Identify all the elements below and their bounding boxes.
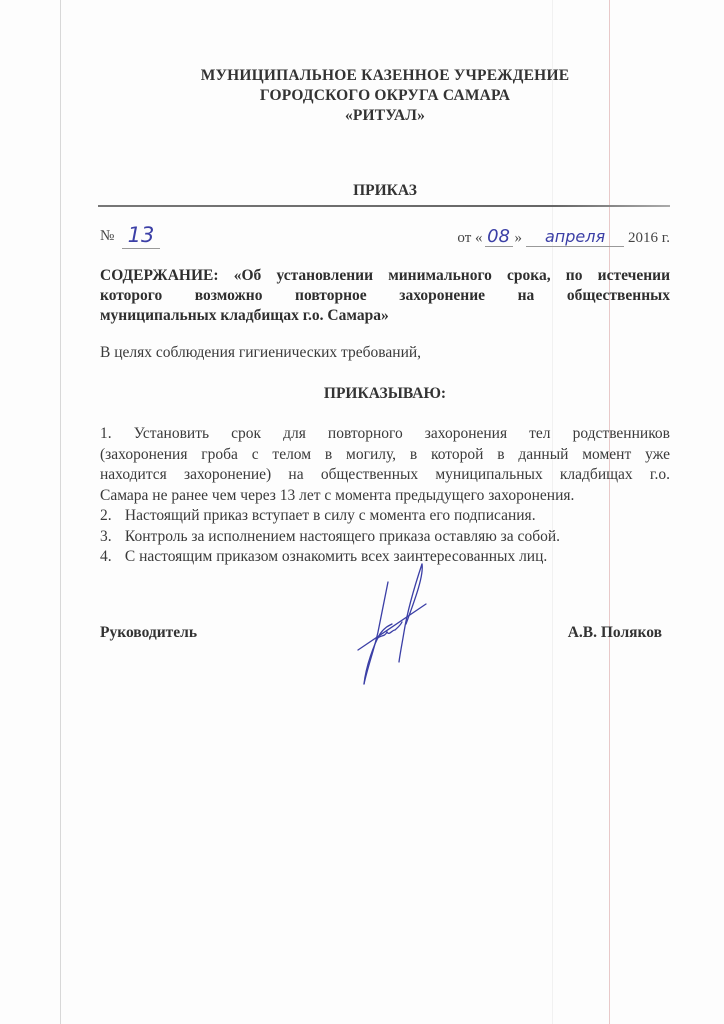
- date-mid: »: [515, 230, 523, 247]
- organization-header: МУНИЦИПАЛЬНОЕ КАЗЕННОЕ УЧРЕЖДЕНИЕ ГОРОДС…: [100, 66, 670, 126]
- date-year: 2016 г.: [628, 230, 670, 247]
- item-number: 2.: [100, 506, 121, 527]
- item-number: 1.: [100, 425, 112, 442]
- preamble-text: В целях соблюдения гигиенических требова…: [100, 344, 670, 362]
- subject-line-3: муниципальных кладбищах г.о. Самара»: [100, 306, 670, 326]
- order-item-1: 1. Установить срок для повторного захоро…: [100, 424, 670, 506]
- decree-heading: ПРИКАЗЫВАЮ:: [100, 385, 670, 403]
- item-text: Контроль за исполнением настоящего прика…: [125, 528, 560, 545]
- header-divider: [98, 205, 670, 207]
- item-1-line-3: находится захоронение) на общественных м…: [100, 465, 670, 486]
- header-line-1: МУНИЦИПАЛЬНОЕ КАЗЕННОЕ УЧРЕЖДЕНИЕ: [100, 66, 670, 86]
- item-1-line-4: Самара не ранее чем через 13 лет с момен…: [100, 486, 670, 507]
- date-day: 08: [485, 228, 513, 247]
- scan-margin-line-left: [60, 0, 61, 1024]
- date-prefix: от «: [457, 230, 482, 247]
- signatory-name: А.В. Поляков: [568, 624, 662, 642]
- document-type-title: ПРИКАЗ: [100, 182, 670, 200]
- subject-label: СОДЕРЖАНИЕ:: [100, 267, 219, 284]
- number-date-row: № 13 от «08»апреля2016 г.: [100, 224, 670, 252]
- number-label: №: [100, 228, 114, 245]
- item-text: Настоящий приказ вступает в силу с момен…: [125, 507, 536, 524]
- subject-line-1: «Об установлении минимального срока, по …: [234, 267, 670, 284]
- order-number: 13: [122, 222, 160, 249]
- order-item-2: 2. Настоящий приказ вступает в силу с мо…: [100, 506, 670, 527]
- handwritten-signature: [350, 562, 440, 686]
- item-number: 3.: [100, 527, 121, 548]
- item-text: С настоящим приказом ознакомить всех заи…: [125, 548, 547, 565]
- date-month: апреля: [526, 228, 624, 247]
- item-1-line-2: (захоронения гроба с телом в могилу, в к…: [100, 445, 670, 466]
- item-number: 4.: [100, 547, 121, 568]
- subject-line-2: которого возможно повторное захоронение …: [100, 286, 670, 306]
- header-line-3: «РИТУАЛ»: [100, 106, 670, 126]
- order-items: 1. Установить срок для повторного захоро…: [100, 424, 670, 568]
- header-line-2: ГОРОДСКОГО ОКРУГА САМАРА: [100, 86, 670, 106]
- order-date: от «08»апреля2016 г.: [457, 228, 670, 247]
- subject-block: СОДЕРЖАНИЕ: «Об установлении минимальног…: [100, 266, 670, 326]
- order-item-3: 3. Контроль за исполнением настоящего пр…: [100, 527, 670, 548]
- signatory-role: Руководитель: [100, 624, 197, 642]
- item-1-line-1: Установить срок для повторного захоронен…: [134, 425, 670, 442]
